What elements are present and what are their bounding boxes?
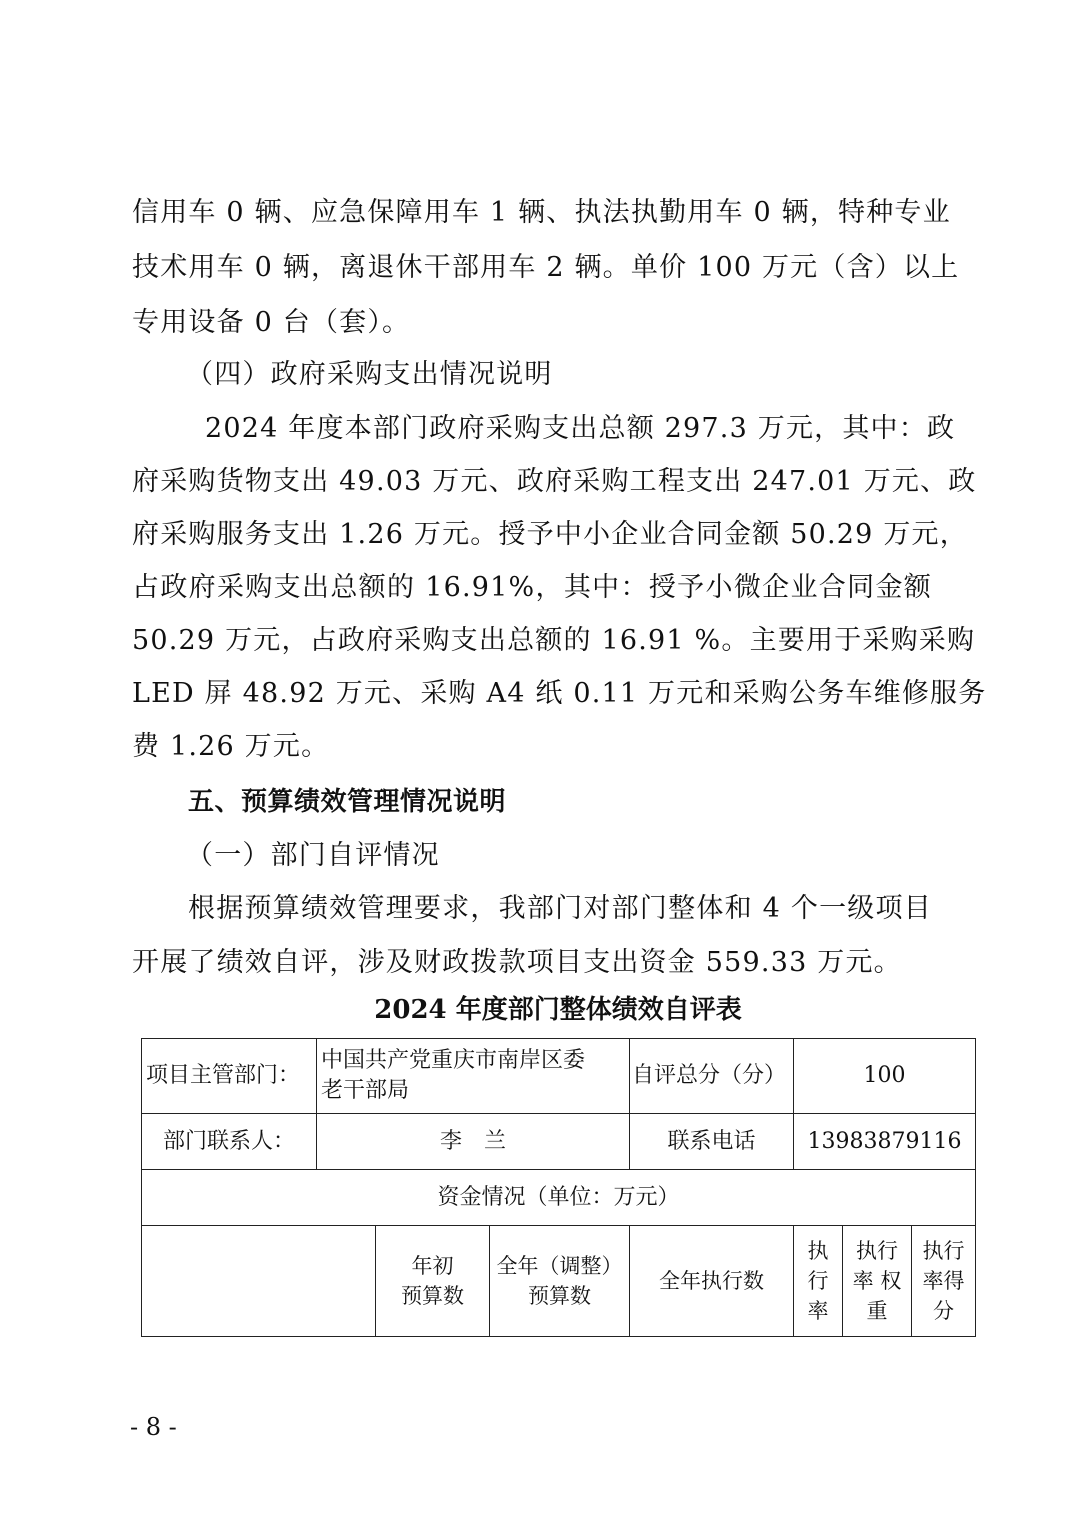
column-header-rate-weight: 执行 率 权 重 xyxy=(843,1226,912,1337)
score-value: 100 xyxy=(864,1063,906,1088)
column-header-blank xyxy=(142,1226,376,1337)
paragraph-procurement-line-3: 府采购服务支出 1.26 万元。授予中小企业合同金额 50.29 万元， xyxy=(132,517,932,553)
column-header-exec-rate: 执 行 率 xyxy=(794,1226,843,1337)
phone-label-cell: 联系电话 xyxy=(630,1114,794,1170)
contact-value: 李 兰 xyxy=(440,1129,506,1154)
section-heading-procurement: （四）政府采购支出情况说明 xyxy=(186,357,986,393)
rate-weight-line-2: 率 权 xyxy=(843,1266,911,1296)
paragraph-procurement-line-6: LED 屏 48.92 万元、采购 A4 纸 0.11 万元和采购公务车维修服务 xyxy=(132,676,932,712)
exec-rate-line-3: 率 xyxy=(794,1296,842,1326)
table-row-contact: 部门联系人： 李 兰 联系电话 13983879116 xyxy=(142,1114,976,1170)
dept-value-line-2: 老干部局 xyxy=(321,1076,625,1106)
subsection-heading-self-eval: （一）部门自评情况 xyxy=(186,838,986,874)
paragraph-procurement-line-7: 费 1.26 万元。 xyxy=(132,729,932,765)
executed-label: 全年执行数 xyxy=(659,1269,764,1293)
funds-header: 资金情况（单位：万元） xyxy=(438,1185,680,1210)
exec-rate-line-2: 行 xyxy=(794,1266,842,1296)
funds-header-cell: 资金情况（单位：万元） xyxy=(142,1170,976,1226)
table-row-dept: 项目主管部门： 中国共产党重庆市南岸区委 老干部局 自评总分（分） 100 xyxy=(142,1039,976,1114)
paragraph-procurement-line-4: 占政府采购支出总额的 16.91%，其中：授予小微企业合同金额 xyxy=(132,570,932,606)
table-row-column-headers: 年初 预算数 全年（调整） 预算数 全年执行数 执 行 率 执行 率 权 重 执… xyxy=(142,1226,976,1337)
phone-value-cell: 13983879116 xyxy=(794,1114,976,1170)
page-number: - 8 - xyxy=(130,1412,177,1442)
dept-label-cell: 项目主管部门： xyxy=(142,1039,317,1114)
column-header-adjusted-budget: 全年（调整） 预算数 xyxy=(490,1226,630,1337)
phone-label: 联系电话 xyxy=(668,1129,756,1154)
contact-value-cell: 李 兰 xyxy=(317,1114,630,1170)
rate-score-line-2: 率得 xyxy=(912,1266,975,1296)
contact-label: 部门联系人： xyxy=(163,1129,295,1154)
dept-value-cell: 中国共产党重庆市南岸区委 老干部局 xyxy=(317,1039,630,1114)
paragraph-vehicles-line-1: 信用车 0 辆、应急保障用车 1 辆、执法执勤用车 0 辆，特种专业 xyxy=(132,195,932,231)
paragraph-procurement-line-5: 50.29 万元，占政府采购支出总额的 16.91 %。主要用于采购采购 xyxy=(132,623,932,659)
table-row-funds-header: 资金情况（单位：万元） xyxy=(142,1170,976,1226)
paragraph-vehicles-line-2: 技术用车 0 辆，离退休干部用车 2 辆。单价 100 万元（含）以上 xyxy=(132,250,932,286)
section-heading-performance: 五、预算绩效管理情况说明 xyxy=(188,784,988,820)
adjusted-budget-line-2: 预算数 xyxy=(490,1281,629,1311)
score-value-cell: 100 xyxy=(794,1039,976,1114)
rate-score-line-1: 执行 xyxy=(912,1236,975,1266)
exec-rate-line-1: 执 xyxy=(794,1236,842,1266)
initial-budget-line-1: 年初 xyxy=(380,1251,485,1281)
paragraph-procurement-line-1: 2024 年度本部门政府采购支出总额 297.3 万元，其中：政 xyxy=(205,411,932,447)
rate-weight-line-3: 重 xyxy=(843,1296,911,1326)
dept-value-line-1: 中国共产党重庆市南岸区委 xyxy=(321,1046,625,1076)
initial-budget-line-2: 预算数 xyxy=(380,1281,485,1311)
column-header-initial-budget: 年初 预算数 xyxy=(376,1226,490,1337)
paragraph-self-eval-line-2: 开展了绩效自评，涉及财政拨款项目支出资金 559.33 万元。 xyxy=(132,945,932,981)
paragraph-vehicles-line-3: 专用设备 0 台（套）。 xyxy=(132,305,932,341)
score-label-cell: 自评总分（分） xyxy=(630,1039,794,1114)
paragraph-procurement-line-2: 府采购货物支出 49.03 万元、政府采购工程支出 247.01 万元、政 xyxy=(132,464,932,500)
dept-label: 项目主管部门： xyxy=(146,1063,300,1088)
column-header-executed: 全年执行数 xyxy=(630,1226,794,1337)
phone-value: 13983879116 xyxy=(808,1129,962,1154)
column-header-rate-score: 执行 率得 分 xyxy=(912,1226,976,1337)
rate-weight-line-1: 执行 xyxy=(843,1236,911,1266)
adjusted-budget-line-1: 全年（调整） xyxy=(490,1251,629,1281)
table-title: 2024 年度部门整体绩效自评表 xyxy=(141,993,975,1027)
performance-self-eval-table: 项目主管部门： 中国共产党重庆市南岸区委 老干部局 自评总分（分） 100 部门… xyxy=(141,1038,976,1337)
rate-score-line-3: 分 xyxy=(912,1296,975,1326)
paragraph-self-eval-line-1: 根据预算绩效管理要求，我部门对部门整体和 4 个一级项目 xyxy=(188,891,932,927)
score-label: 自评总分（分） xyxy=(632,1063,786,1088)
contact-label-cell: 部门联系人： xyxy=(142,1114,317,1170)
